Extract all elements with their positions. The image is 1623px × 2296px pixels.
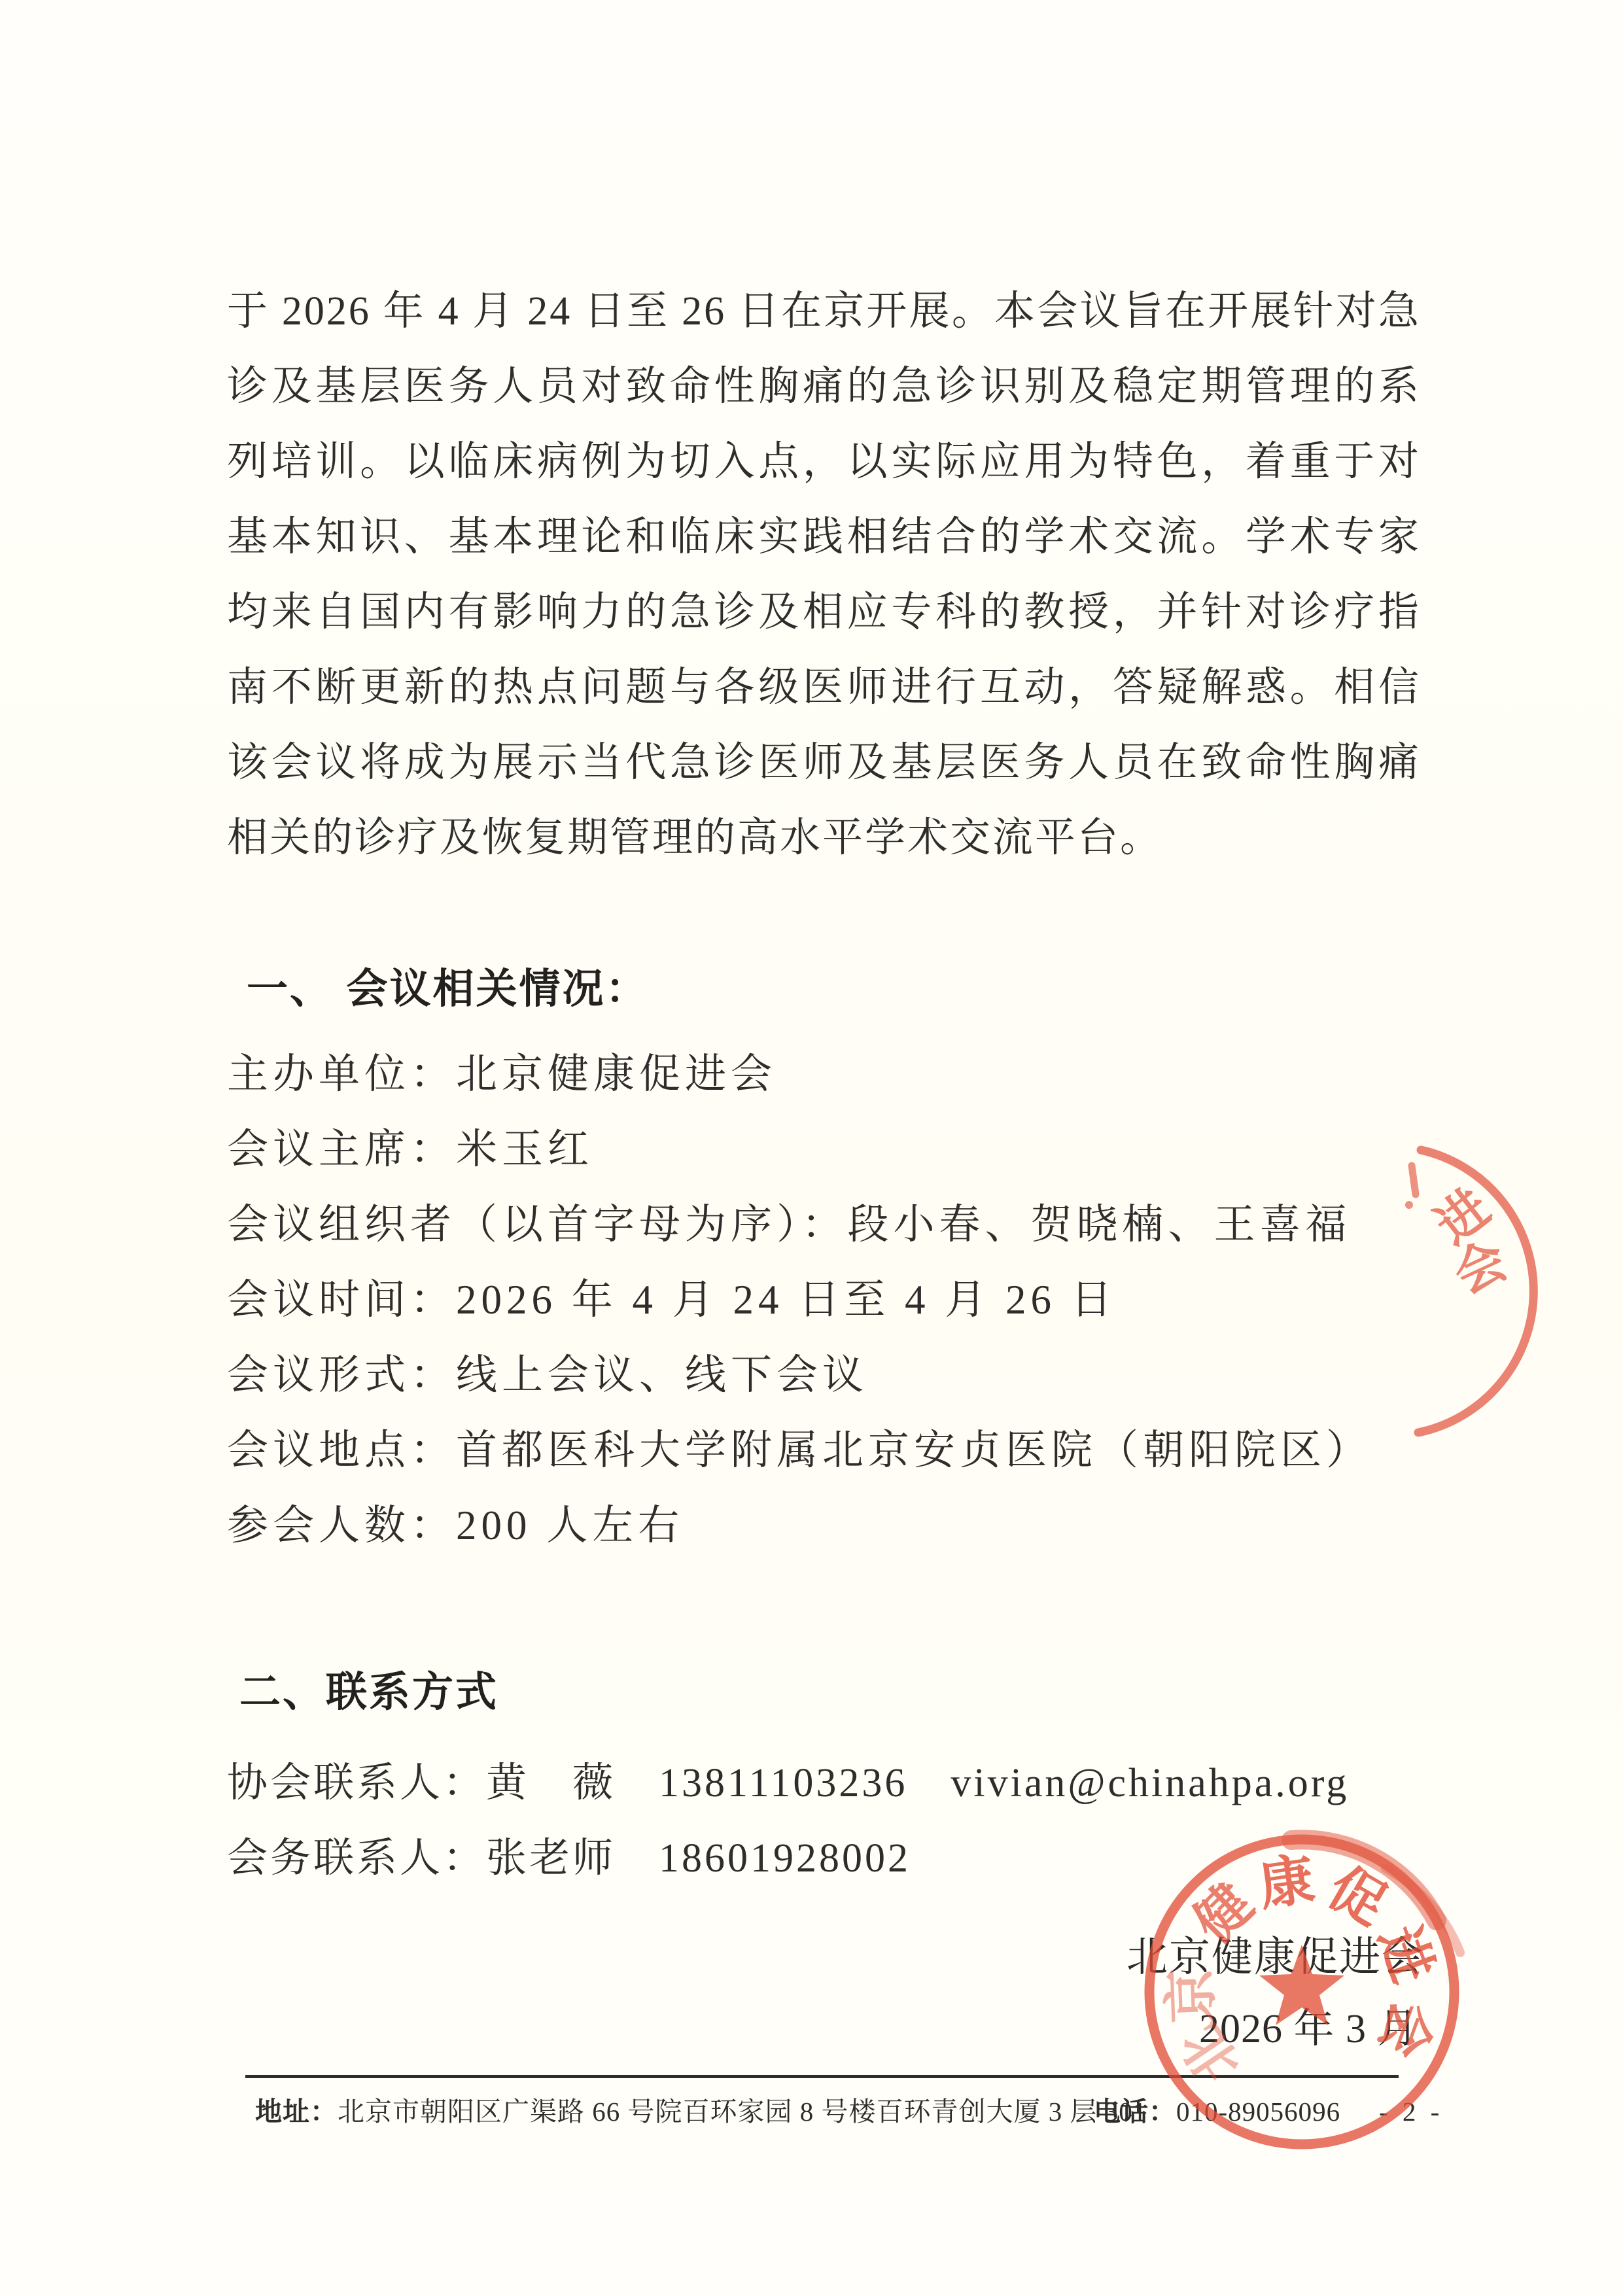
paragraph-line: 列培训。以临床病例为切入点，以实际应用为特色，着重于对 <box>227 425 1421 500</box>
edge-seal: 进 会 <box>1405 1150 1533 1433</box>
document-page: 于 2026 年 4 月 24 日至 26 日在京开展。本会议旨在开展针对急 诊… <box>0 0 1623 2296</box>
edge-seal-ink-dot <box>1405 1201 1413 1209</box>
info-item-time: 会议时间：2026 年 4 月 24 日至 4 月 26 日 <box>227 1262 1372 1338</box>
footer-phone: 电话：010-89056096 <box>1094 2095 1340 2129</box>
info-item-attendance: 参会人数：200 人左右 <box>227 1488 1372 1563</box>
paragraph-line: 该会议将成为展示当代急诊医师及基层医务人员在致命性胸痛 <box>227 725 1421 801</box>
signature-org: 北京健康促进会 <box>1126 1935 1424 1980</box>
page-number: - 2 - <box>1379 2095 1443 2129</box>
paragraph-line: 基本知识、基本理论和临床实践相结合的学术交流。学术专家 <box>227 500 1421 575</box>
paragraph-line: 诊及基层医务人员对致命性胸痛的急诊识别及稳定期管理的系 <box>227 349 1421 425</box>
section2-heading: 二、联系方式 <box>239 1672 498 1713</box>
footer-address-label: 地址： <box>255 2096 338 2127</box>
info-item-chair: 会议主席：米玉红 <box>227 1112 1372 1187</box>
footer-phone-label: 电话： <box>1094 2096 1176 2127</box>
footer-address-value: 北京市朝阳区广渠路 66 号院百环家园 8 号楼百环青创大厦 3 层 301 <box>338 2096 1147 2127</box>
signature-date: 2026 年 3 月 <box>1199 2007 1419 2051</box>
info-item-location: 会议地点：首都医科大学附属北京安贞医院（朝阳院区） <box>227 1413 1372 1488</box>
contact-list: 协会联系人：黄 薇 13811103236 vivian@chinahpa.or… <box>227 1746 1349 1896</box>
edge-seal-char: 进 <box>1425 1179 1500 1255</box>
footer-address: 地址：北京市朝阳区广渠路 66 号院百环家园 8 号楼百环青创大厦 3 层 30… <box>255 2095 1147 2129</box>
edge-seal-char: 会 <box>1445 1231 1515 1304</box>
footer-divider <box>245 2075 1399 2078</box>
meeting-info-list: 主办单位：北京健康促进会 会议主席：米玉红 会议组织者（以首字母为序）：段小春、… <box>227 1037 1372 1563</box>
paragraph-line: 南不断更新的热点问题与各级医师进行互动，答疑解惑。相信 <box>227 650 1421 725</box>
paragraph-line: 相关的诊疗及恢复期管理的高水平学术交流平台。 <box>227 801 1421 876</box>
info-item-host: 主办单位：北京健康促进会 <box>227 1037 1372 1112</box>
edge-seal-arc <box>1418 1150 1533 1433</box>
contact-item-logistics: 会务联系人：张老师 18601928002 <box>227 1821 1349 1896</box>
contact-item-association: 协会联系人：黄 薇 13811103236 vivian@chinahpa.or… <box>227 1746 1349 1821</box>
edge-seal-ink-mark <box>1412 1166 1416 1194</box>
info-item-organizers: 会议组织者（以首字母为序）：段小春、贺晓楠、王喜福 <box>227 1187 1372 1262</box>
section1-heading: 一、 会议相关情况： <box>247 969 649 1010</box>
body-paragraph: 于 2026 年 4 月 24 日至 26 日在京开展。本会议旨在开展针对急 诊… <box>227 274 1421 876</box>
paragraph-line: 均来自国内有影响力的急诊及相应专科的教授，并针对诊疗指 <box>227 575 1421 650</box>
footer-phone-value: 010-89056096 <box>1176 2096 1340 2127</box>
info-item-format: 会议形式：线上会议、线下会议 <box>227 1338 1372 1413</box>
paragraph-line: 于 2026 年 4 月 24 日至 26 日在京开展。本会议旨在开展针对急 <box>227 274 1421 349</box>
